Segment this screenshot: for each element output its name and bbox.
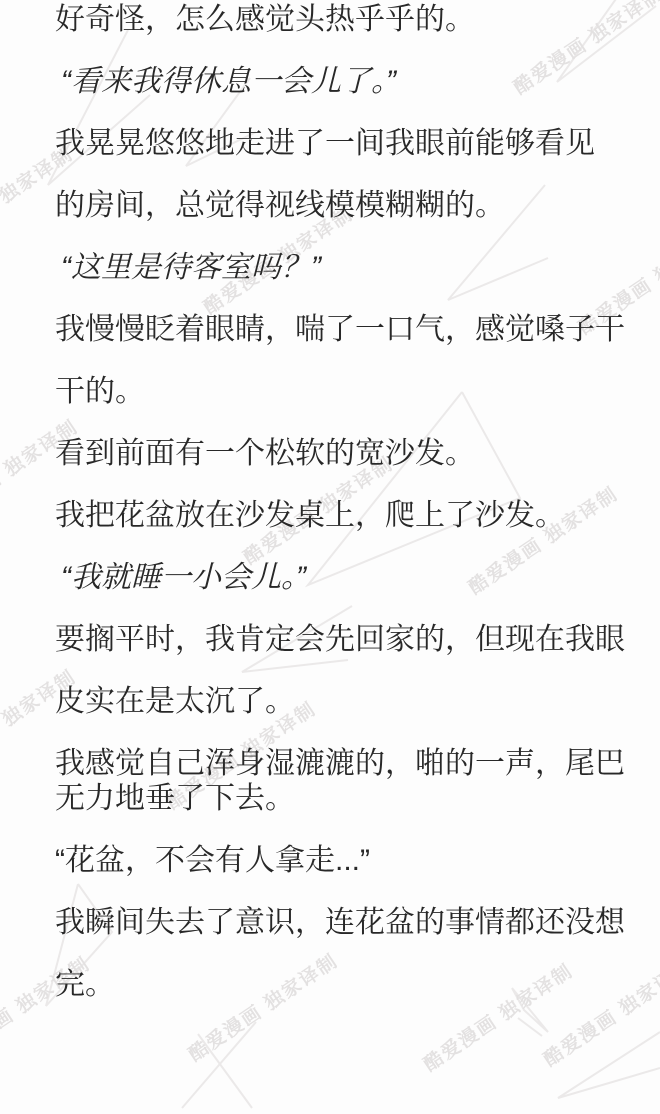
story-line: 好奇怪，怎么感觉头热乎乎的。 [55,5,660,35]
story-line: 看到前面有一个松软的宽沙发。 [55,439,660,469]
story-line: 完。 [55,970,660,1000]
watermark-plane-icon [558,1032,660,1098]
watermark-plane-icon [182,1022,256,1108]
story-line: 的房间，总觉得视线模模糊糊的。 [55,191,660,221]
story-text: 好奇怪，怎么感觉头热乎乎的。“看来我得休息一会儿了。”我晃晃悠悠地走进了一间我眼… [55,5,660,1032]
story-line: 皮实在是太沉了。 [55,687,660,717]
story-line-quote: “这里是待客室吗？” [55,253,660,283]
story-line: 要搁平时，我肯定会先回家的，但现在我眼 [55,625,660,655]
story-line: 我瞬间失去了意识，连花盆的事情都还没想 [55,908,660,938]
watermark-plane-icon [198,1034,252,1108]
story-line: 我慢慢眨着眼睛，喘了一口气，感觉嗓子干 [55,315,660,345]
story-line: 我把花盆放在沙发桌上，爬上了沙发。 [55,501,660,531]
story-line: 干的。 [55,377,660,407]
story-line: “花盆，不会有人拿走...” [55,846,660,876]
story-line: 我晃晃悠悠地走进了一间我眼前能够看见 [55,129,660,159]
story-line: 无力地垂了下去。 [55,784,660,814]
story-line-quote: “看来我得休息一会儿了。” [55,67,660,97]
reader-page[interactable]: 酷爱漫画 独家译制酷爱漫画 独家译制酷爱漫画 独家译制酷爱漫画 独家译制酷爱漫画… [0,0,660,1114]
story-line-quote: “我就睡一小会儿。” [55,563,660,593]
story-line: 我感觉自己浑身湿漉漉的，啪的一声，尾巴 [55,749,660,779]
